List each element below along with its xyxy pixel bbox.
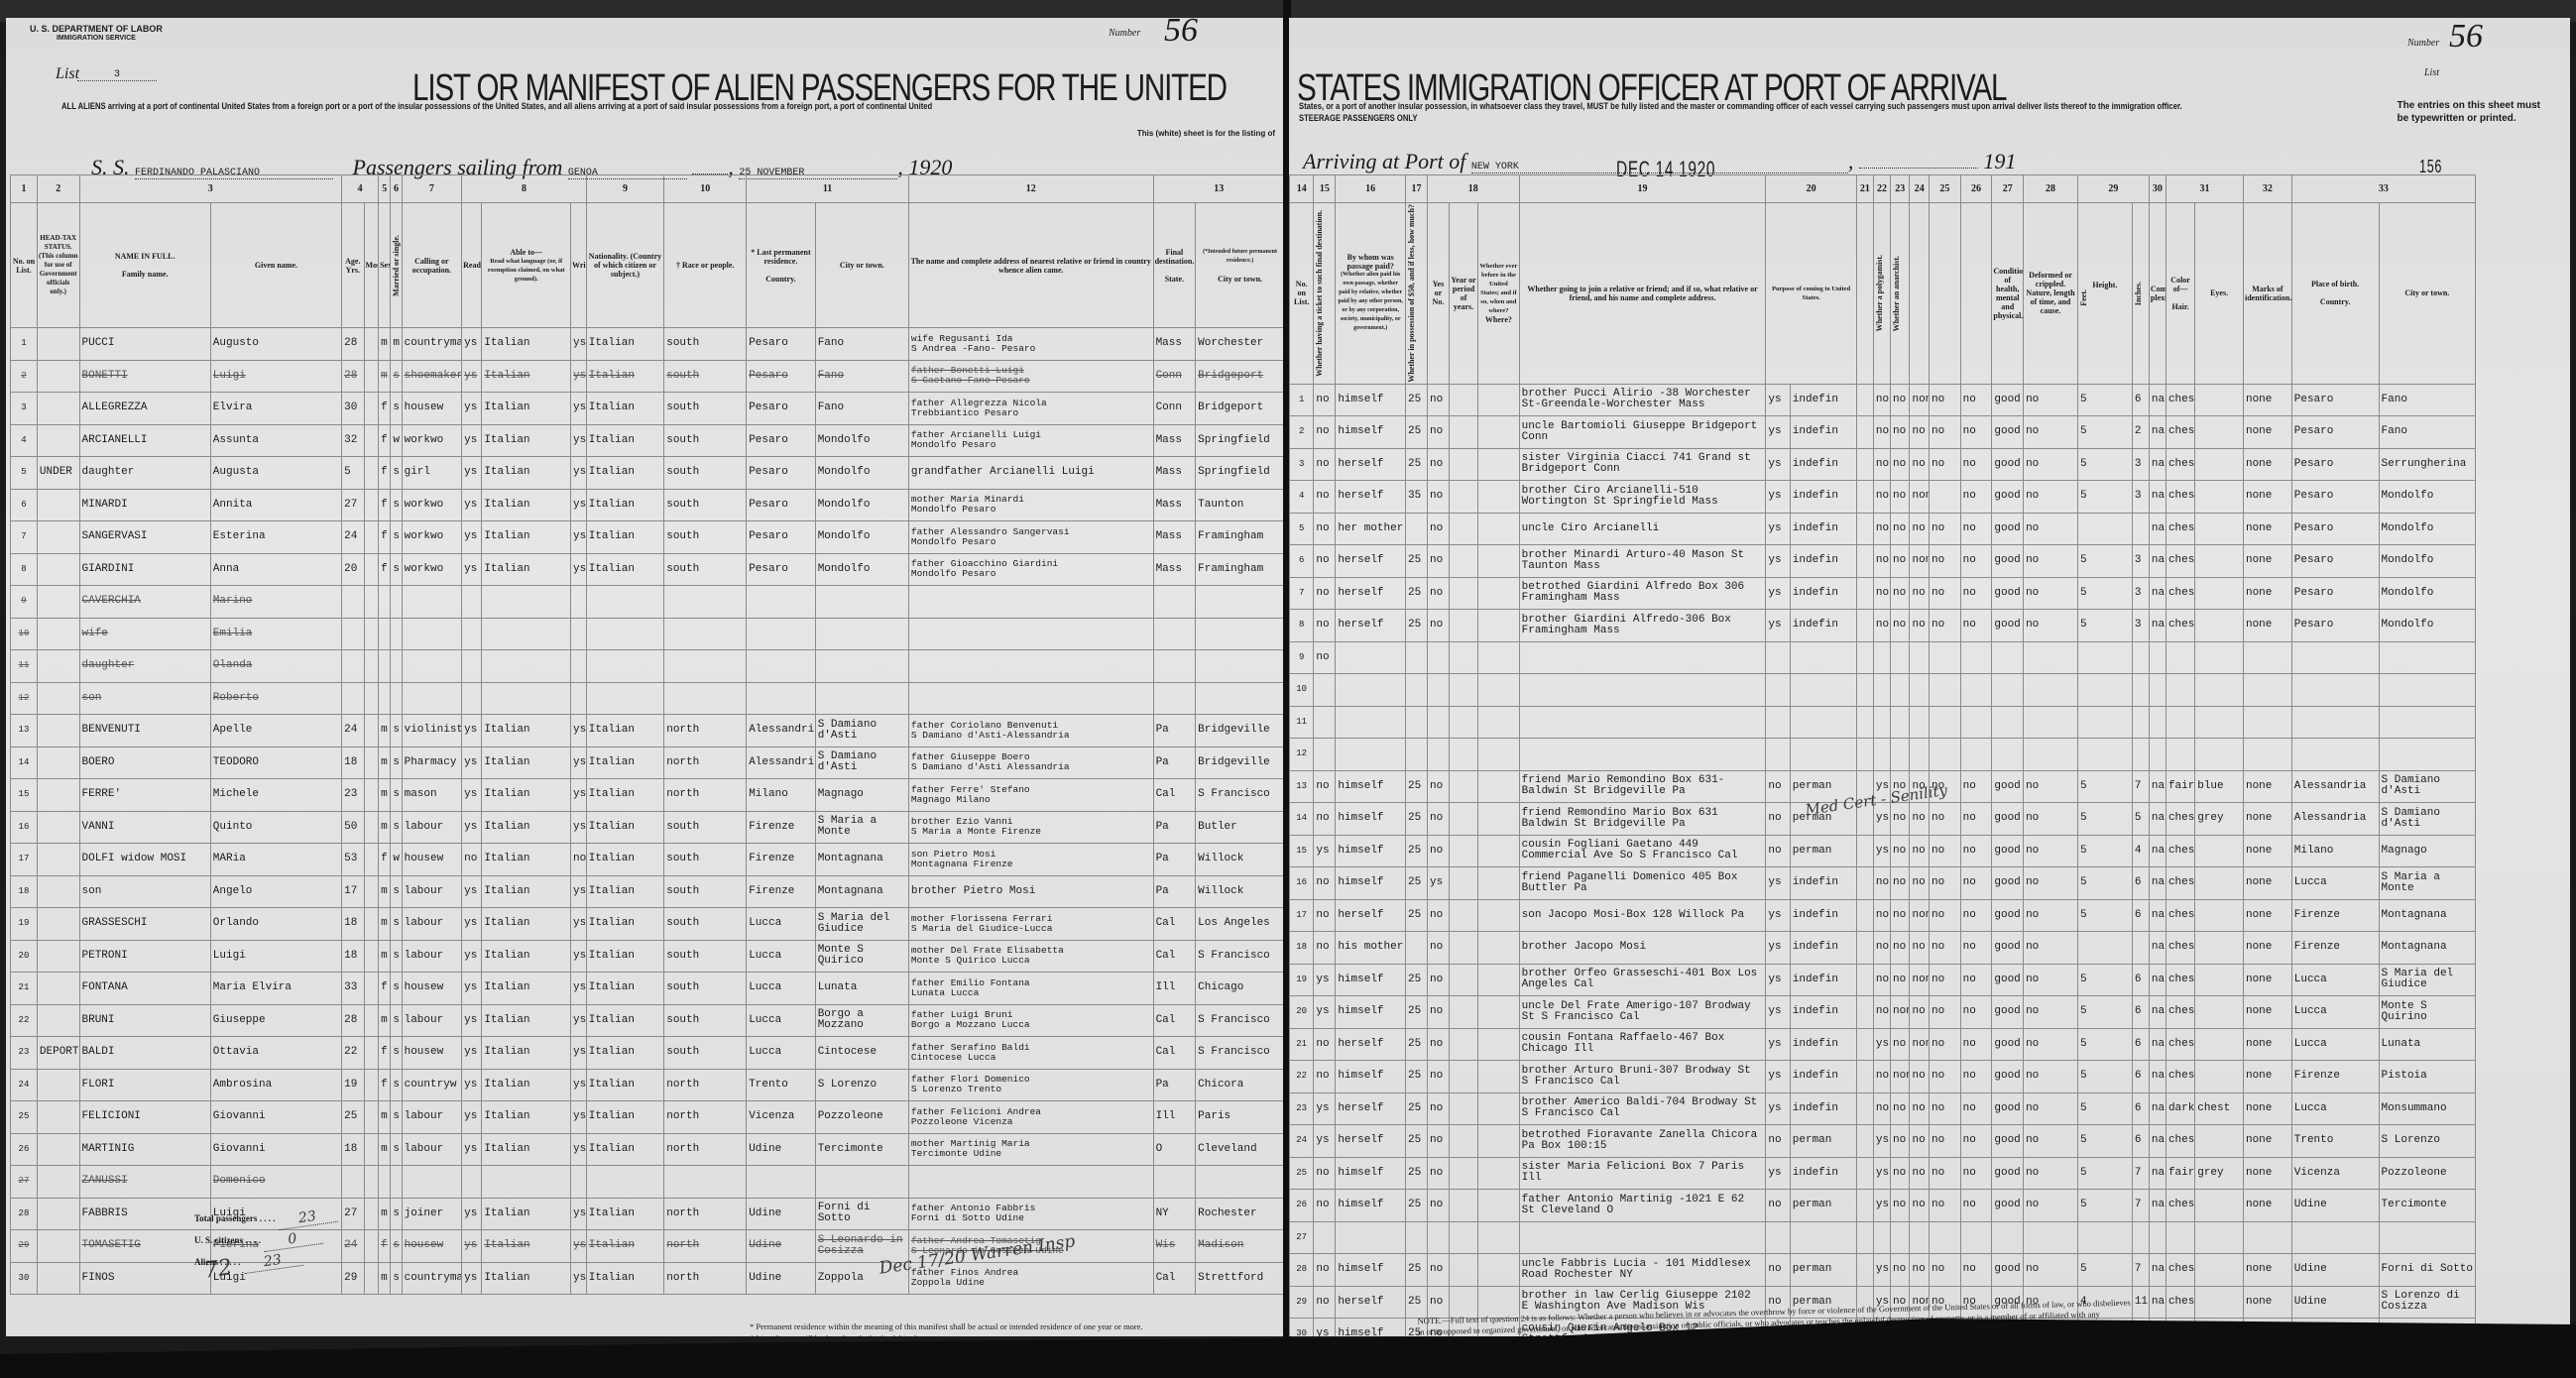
cell-eyes: [2195, 416, 2244, 449]
cell-read: ys: [462, 940, 482, 973]
cell-given: Apelle: [210, 715, 341, 747]
cell-city: S Maria a Monte: [815, 811, 908, 844]
cell-empty: [1856, 1157, 1873, 1190]
cell-eyes: [2195, 964, 2244, 996]
cell-write: ys: [571, 715, 587, 747]
cell-q22: ys: [1873, 1254, 1890, 1287]
cell-q23: [1890, 641, 1910, 674]
cell-join: friend Mario Remondino Box 631-Baldwin S…: [1519, 770, 1766, 803]
passenger-row-left: 6MINARDIAnnita27fsworkwoysItalianysItali…: [11, 489, 1285, 521]
header-nationality: Nationality. (Country of which citizen o…: [586, 203, 663, 328]
cell-health: [1992, 1221, 2024, 1254]
header-ticket: Whether having a ticket to such final de…: [1314, 203, 1336, 385]
cell-tax: [37, 618, 79, 650]
cell-bcountry: Pesaro: [2291, 610, 2379, 642]
cell-hair: chestnut: [2166, 899, 2194, 932]
cell-race: [664, 586, 747, 619]
cell-race: [664, 682, 747, 715]
cell-q23: no: [1890, 803, 1910, 836]
cell-age: 28: [342, 1004, 364, 1037]
cell-money: 25: [1406, 1092, 1428, 1125]
cell-lang: Italian: [482, 521, 571, 554]
cell-empty: [1478, 416, 1519, 449]
cell-bcity: S Maria del Giudice: [2379, 964, 2476, 996]
cell-country: Pesaro: [747, 521, 816, 554]
cell-race: north: [664, 1230, 747, 1263]
cell-p1: no: [1766, 803, 1790, 836]
cell-p1: no: [1766, 770, 1790, 803]
cell-ms: s: [391, 1069, 402, 1101]
cell-eyes: [2195, 1286, 2244, 1319]
cell-state: Pa: [1153, 715, 1196, 747]
cell-in: 11: [2132, 1286, 2149, 1319]
cell-deformed: no: [2024, 899, 2078, 932]
cell-empty: [364, 521, 379, 554]
cell-q26: no: [1960, 1157, 1992, 1190]
passenger-row-left: 27ZANUSSIDomenico: [11, 1166, 1285, 1199]
cell-ms: s: [391, 489, 402, 521]
cell-dest: [1196, 618, 1285, 650]
cell-lang: [482, 682, 571, 715]
cell-lang: Italian: [482, 875, 571, 908]
cell-race: south: [664, 424, 747, 457]
cell-before: no: [1427, 416, 1449, 449]
cell-read: no: [462, 844, 482, 876]
cell-q26: no: [1960, 803, 1992, 836]
cell-tax: [37, 1230, 79, 1263]
cell-occ: labour: [402, 875, 462, 908]
cell-age: 28: [342, 360, 364, 393]
cell-empty: [1449, 610, 1477, 642]
cell-paid: himself: [1336, 416, 1406, 449]
cell-bcountry: Pesaro: [2291, 481, 2379, 514]
cell-nat: Italian: [586, 875, 663, 908]
cell-join: brother Americo Baldi-704 Brodway St S F…: [1519, 1092, 1766, 1125]
cell-empty: [1478, 770, 1519, 803]
cell-empty: [1478, 448, 1519, 481]
cell-ticket: no: [1314, 803, 1336, 836]
cell-relative: father Bonetti LuigiS Gaetano-Fano Pesar…: [908, 360, 1153, 393]
passenger-row-right: 7noherself25nobetrothed Giardini Alfredo…: [1290, 577, 2568, 610]
cell-money: 25: [1406, 416, 1428, 449]
cell-q23: no: [1890, 545, 1910, 578]
cell-nat: [586, 1166, 663, 1199]
cell-tax: [37, 973, 79, 1005]
cell-ft: 5: [2077, 996, 2132, 1029]
cell-empty: [1478, 1157, 1519, 1190]
cell-paid: [1336, 739, 1406, 771]
cell-paid: [1336, 706, 1406, 739]
cell-q23: no: [1890, 932, 1910, 965]
header-marks: Marks of identification.: [2243, 203, 2291, 385]
cell-bcity: [2379, 706, 2476, 739]
cell-country: Udine: [747, 1230, 816, 1263]
passenger-table-right: 14 15 16 17 18 19 20 21 22 23 24 25 26 2…: [1289, 174, 2568, 1336]
cell-family: VANNI: [79, 811, 210, 844]
cell-empty: [1478, 1190, 1519, 1222]
cell-country: Udine: [747, 1262, 816, 1295]
cell-sex: [379, 650, 391, 683]
manifest-left-page: U. S. DEPARTMENT OF LABOR IMMIGRATION SE…: [6, 18, 1285, 1336]
cell-q25: [1929, 706, 1960, 739]
cell-empty: [1856, 416, 1873, 449]
passenger-row-right: 16nohimself25ys 6ys Pafriend Paganelli D…: [1290, 867, 2568, 900]
cell-in: [2132, 706, 2149, 739]
passenger-rows-right: 1nohimself25nobrother Pucci Alirio -38 W…: [1290, 384, 2568, 1336]
cell-marks: none: [2243, 384, 2291, 416]
passenger-row-right: 26nohimself25nofather Antonio Martinig -…: [1290, 1190, 2568, 1222]
cell-read: ys: [462, 908, 482, 941]
cell-q23: [1890, 706, 1910, 739]
cell-read: ys: [462, 489, 482, 521]
cell-dest: Rochester: [1196, 1198, 1285, 1230]
cell-p2: indefin: [1790, 899, 1856, 932]
cell-relative: father Arcianelli LuigiMondolfo Pesaro: [908, 424, 1153, 457]
cell-bcountry: Vicenza: [2291, 1157, 2379, 1190]
passenger-row-left: 4ARCIANELLIAssunta32fwworkwoysItalianysI…: [11, 424, 1285, 457]
cell-health: good: [1992, 835, 2024, 867]
cell-before: ys 6ys Pa: [1427, 867, 1449, 900]
cell-before: no: [1427, 577, 1449, 610]
passenger-row-left: 10wifeEmilia: [11, 618, 1285, 650]
passenger-row-right: 6noherself25nobrother Minardi Arturo-40 …: [1290, 545, 2568, 578]
cell-q22: no: [1873, 899, 1890, 932]
cell-empty: [1856, 1125, 1873, 1158]
cell-q26: [1960, 1221, 1992, 1254]
cell-state: Ill: [1153, 973, 1196, 1005]
cell-ms: s: [391, 1037, 402, 1070]
cell-hair: chestnut: [2166, 964, 2194, 996]
passenger-row-right: 8noherself25nobrother Giardini Alfredo-3…: [1290, 610, 2568, 642]
cell-bcountry: Udine: [2291, 1286, 2379, 1319]
cell-nat: Italian: [586, 715, 663, 747]
white-sheet-note: This (white) sheet is for the listing of: [1137, 129, 1275, 138]
cell-sex: f: [379, 553, 391, 586]
cell-occ: mason: [402, 779, 462, 812]
cell-read: ys: [462, 875, 482, 908]
list-label-right: List: [2424, 67, 2439, 78]
header-q25: [1929, 203, 1960, 385]
cell-health: good: [1992, 964, 2024, 996]
passenger-row-left: 5UNDER 16daughterAugusta5fsgirlysItalian…: [11, 457, 1285, 490]
cell-tax: [37, 682, 79, 715]
cell-marks: [2243, 674, 2291, 707]
cell-marks: none: [2243, 899, 2291, 932]
cell-no: 4: [11, 424, 38, 457]
cell-occ: countryman: [402, 1262, 462, 1295]
cell-ms: s: [391, 1230, 402, 1263]
cell-deformed: no: [2024, 996, 2078, 1029]
cell-p2: [1790, 1221, 1856, 1254]
cell-country: Pesaro: [747, 457, 816, 490]
cell-q26: no: [1960, 996, 1992, 1029]
cell-ft: 5: [2077, 835, 2132, 867]
cell-write: [571, 586, 587, 619]
col-num-22: 22: [1873, 175, 1890, 203]
cell-write: ys: [571, 940, 587, 973]
cell-before: no: [1427, 1125, 1449, 1158]
cell-state: Mass: [1153, 457, 1196, 490]
cell-ms: s: [391, 1101, 402, 1134]
cell-money: 25: [1406, 545, 1428, 578]
cell-q24: nono: [1910, 545, 1930, 578]
manifest-right-page: Number 56 List STATES IMMIGRATION OFFICE…: [1289, 18, 2570, 1336]
cell-country: Lucca: [747, 940, 816, 973]
cell-relative: father Alessandro SangervasiMondolfo Pes…: [908, 521, 1153, 554]
cell-dest: Bridgeport: [1196, 393, 1285, 425]
cell-family: SANGERVASI: [79, 521, 210, 554]
cell-q25: no: [1929, 448, 1960, 481]
cell-marks: none: [2243, 1028, 2291, 1061]
cell-nat: Italian: [586, 424, 663, 457]
col-num-12: 12: [908, 175, 1153, 203]
cell-nat: Italian: [586, 393, 663, 425]
header-height-feet: Height.Feet.: [2077, 203, 2132, 385]
cell-p2: indefin: [1790, 932, 1856, 965]
cell-deformed: no: [2024, 1061, 2078, 1093]
cell-ticket: no: [1314, 1286, 1336, 1319]
cell-money: [1406, 513, 1428, 545]
cell-bcity: Monte S Quirino: [2379, 996, 2476, 1029]
cell-state: Mass: [1153, 328, 1196, 361]
cell-eyes: [2195, 899, 2244, 932]
cell-marks: [2243, 641, 2291, 674]
cell-marks: none: [2243, 610, 2291, 642]
cell-nat: Italian: [586, 1069, 663, 1101]
cell-write: ys: [571, 360, 587, 393]
cell-q23: no: [1890, 1190, 1910, 1222]
header-married: Married or single.: [391, 203, 402, 328]
cell-empty: [1856, 674, 1873, 707]
cell-ft: 5: [2077, 545, 2132, 578]
cell-ms: s: [391, 811, 402, 844]
cell-eyes: [2195, 513, 2244, 545]
cell-deformed: no: [2024, 610, 2078, 642]
cell-empty: [1449, 964, 1477, 996]
cell-comp: nat: [2149, 448, 2166, 481]
cell-empty: [1449, 932, 1477, 965]
cell-no: 12: [1290, 739, 1314, 771]
footnote-races: † List of races will be found on the bac…: [750, 1333, 930, 1336]
cell-ms: s: [391, 973, 402, 1005]
cell-q23: no: [1890, 513, 1910, 545]
cell-tax: [37, 1004, 79, 1037]
cell-dest: [1196, 586, 1285, 619]
cell-empty: [1856, 577, 1873, 610]
cell-eyes: [2195, 610, 2244, 642]
header-race: † Race or people.: [664, 203, 747, 328]
cell-read: ys: [462, 360, 482, 393]
cell-health: good: [1992, 1125, 2024, 1158]
header-q21: [1856, 203, 1873, 385]
cell-q25: no: [1929, 384, 1960, 416]
cell-empty: [1856, 932, 1873, 965]
cell-before: no: [1427, 835, 1449, 867]
cell-comp: nat: [2149, 803, 2166, 836]
col-num-29: 29: [2077, 175, 2149, 203]
cell-family: FONTANA: [79, 973, 210, 1005]
cell-no: 2: [11, 360, 38, 393]
cell-no: 15: [1290, 835, 1314, 867]
cell-no: 26: [11, 1133, 38, 1166]
cell-no: 13: [11, 715, 38, 747]
cell-marks: none: [2243, 416, 2291, 449]
cell-sex: f: [379, 521, 391, 554]
cell-money: 25: [1406, 964, 1428, 996]
passenger-row-right: 27: [1290, 1221, 2568, 1254]
cell-marks: none: [2243, 996, 2291, 1029]
cell-empty: [1478, 867, 1519, 900]
cell-q22: no: [1873, 384, 1890, 416]
cell-q23: [1890, 674, 1910, 707]
cell-in: 6: [2132, 964, 2149, 996]
cell-paid: herself: [1336, 610, 1406, 642]
cell-lang: Italian: [482, 746, 571, 779]
cell-empty: [1449, 1061, 1477, 1093]
cell-money: 25: [1406, 1028, 1428, 1061]
col-num-6: 6: [391, 175, 402, 203]
cell-dest: S Francisco: [1196, 1037, 1285, 1070]
cell-nat: Italian: [586, 553, 663, 586]
cell-paid: [1336, 674, 1406, 707]
cell-q25: no: [1929, 835, 1960, 867]
cell-q25: no: [1929, 932, 1960, 965]
cell-before: no: [1427, 1286, 1449, 1319]
cell-empty: [364, 811, 379, 844]
department-label: U. S. DEPARTMENT OF LABOR IMMIGRATION SE…: [30, 24, 163, 44]
col-num-30: 30: [2149, 175, 2166, 203]
cell-paid: herself: [1336, 899, 1406, 932]
col-num-14: 14: [1290, 175, 1314, 203]
cell-given: TEODORO: [210, 746, 341, 779]
cell-write: [571, 650, 587, 683]
cell-comp: nat: [2149, 610, 2166, 642]
cell-p1: ys: [1766, 867, 1790, 900]
cell-empty: [1856, 513, 1873, 545]
cell-q22: [1873, 641, 1890, 674]
cell-money: [1406, 706, 1428, 739]
cell-tax: [37, 1069, 79, 1101]
cell-country: Pesaro: [747, 489, 816, 521]
cell-family: PETRONI: [79, 940, 210, 973]
cell-in: [2132, 1221, 2149, 1254]
cell-money: 25: [1406, 867, 1428, 900]
cell-age: [342, 650, 364, 683]
cell-health: [1992, 641, 2024, 674]
cell-join: brother Orfeo Grasseschi-401 Box Los Ang…: [1519, 964, 1766, 996]
cell-relative: father Serafino BaldiCintocese Lucca: [908, 1037, 1153, 1070]
cell-empty: [1856, 1028, 1873, 1061]
cell-join: friend Paganelli Domenico 405 Box Buttle…: [1519, 867, 1766, 900]
cell-q26: no: [1960, 577, 1992, 610]
cell-q26: no: [1960, 610, 1992, 642]
cell-no: 24: [11, 1069, 38, 1101]
cell-bcity: Fano: [2379, 384, 2476, 416]
cell-country: Milano: [747, 779, 816, 812]
col-num-24: 24: [1910, 175, 1930, 203]
cell-paid: herself: [1336, 1125, 1406, 1158]
cell-dest: [1196, 1166, 1285, 1199]
cell-read: ys: [462, 746, 482, 779]
cell-deformed: no: [2024, 1190, 2078, 1222]
cell-join: sister Virginia Ciacci 741 Grand st Brid…: [1519, 448, 1766, 481]
cell-given: Roberto: [210, 682, 341, 715]
cell-ms: s: [391, 553, 402, 586]
cell-before: no: [1427, 545, 1449, 578]
cell-paid: himself: [1336, 1061, 1406, 1093]
cell-ms: m: [391, 328, 402, 361]
cell-eyes: [2195, 674, 2244, 707]
cell-tax: [37, 586, 79, 619]
cell-dest: Bridgeville: [1196, 715, 1285, 747]
cell-relative: father Gioacchino GiardiniMondolfo Pesar…: [908, 553, 1153, 586]
cell-family: ARCIANELLI: [79, 424, 210, 457]
cell-age: 32: [342, 424, 364, 457]
cell-empty: [1856, 867, 1873, 900]
cell-nat: Italian: [586, 489, 663, 521]
cell-state: [1153, 586, 1196, 619]
cell-given: Augusto: [210, 328, 341, 361]
cell-given: Assunta: [210, 424, 341, 457]
cell-read: ys: [462, 328, 482, 361]
cell-city: Forni di Sotto: [815, 1198, 908, 1230]
cell-join: cousin Fogliani Gaetano 449 Commercial A…: [1519, 835, 1766, 867]
cell-ticket: no: [1314, 545, 1336, 578]
cell-relative: mother Florissena FerrariS Maria del Giu…: [908, 908, 1153, 941]
cell-state: Cal: [1153, 908, 1196, 941]
cell-age: 24: [342, 1230, 364, 1263]
cell-q25: no: [1929, 867, 1960, 900]
cell-occ: [402, 682, 462, 715]
cell-age: [342, 1166, 364, 1199]
header-eyes: Eyes.: [2195, 203, 2244, 385]
cell-hair: chestnut: [2166, 1254, 2194, 1287]
passenger-row-left: 14BOEROTEODORO18msPharmacy clerkysItalia…: [11, 746, 1285, 779]
cell-marks: [2243, 739, 2291, 771]
cell-relative: father Ferre' StefanoMagnago Milano: [908, 779, 1153, 812]
cell-empty: [364, 424, 379, 457]
cell-ms: [391, 618, 402, 650]
cell-q25: [1929, 1221, 1960, 1254]
cell-health: good: [1992, 1254, 2024, 1287]
cell-race: south: [664, 457, 747, 490]
col-num-10: 10: [664, 175, 747, 203]
cell-eyes: grey: [2195, 1157, 2244, 1190]
cell-before: [1427, 739, 1449, 771]
cell-comp: [2149, 1221, 2166, 1254]
cell-q25: no: [1929, 1061, 1960, 1093]
col-num-7: 7: [402, 175, 462, 203]
cell-state: Pa: [1153, 811, 1196, 844]
cell-empty: [1478, 641, 1519, 674]
cell-hair: chestnut: [2166, 545, 2194, 578]
cell-health: good: [1992, 899, 2024, 932]
cell-health: good: [1992, 996, 2024, 1029]
cell-write: ys: [571, 521, 587, 554]
cell-deformed: no: [2024, 1028, 2078, 1061]
aliens-value: 23: [242, 1249, 303, 1274]
cell-read: ys: [462, 1069, 482, 1101]
cell-nat: Italian: [586, 1101, 663, 1134]
cell-sex: m: [379, 715, 391, 747]
cell-nat: Italian: [586, 973, 663, 1005]
cell-q23: no: [1890, 867, 1910, 900]
cell-bcountry: Pesaro: [2291, 577, 2379, 610]
cell-lang: Italian: [482, 715, 571, 747]
cell-bcountry: Pesaro: [2291, 384, 2379, 416]
header-joining: Whether going to join a relative or frie…: [1519, 203, 1766, 385]
cell-country: Pesaro: [747, 553, 816, 586]
